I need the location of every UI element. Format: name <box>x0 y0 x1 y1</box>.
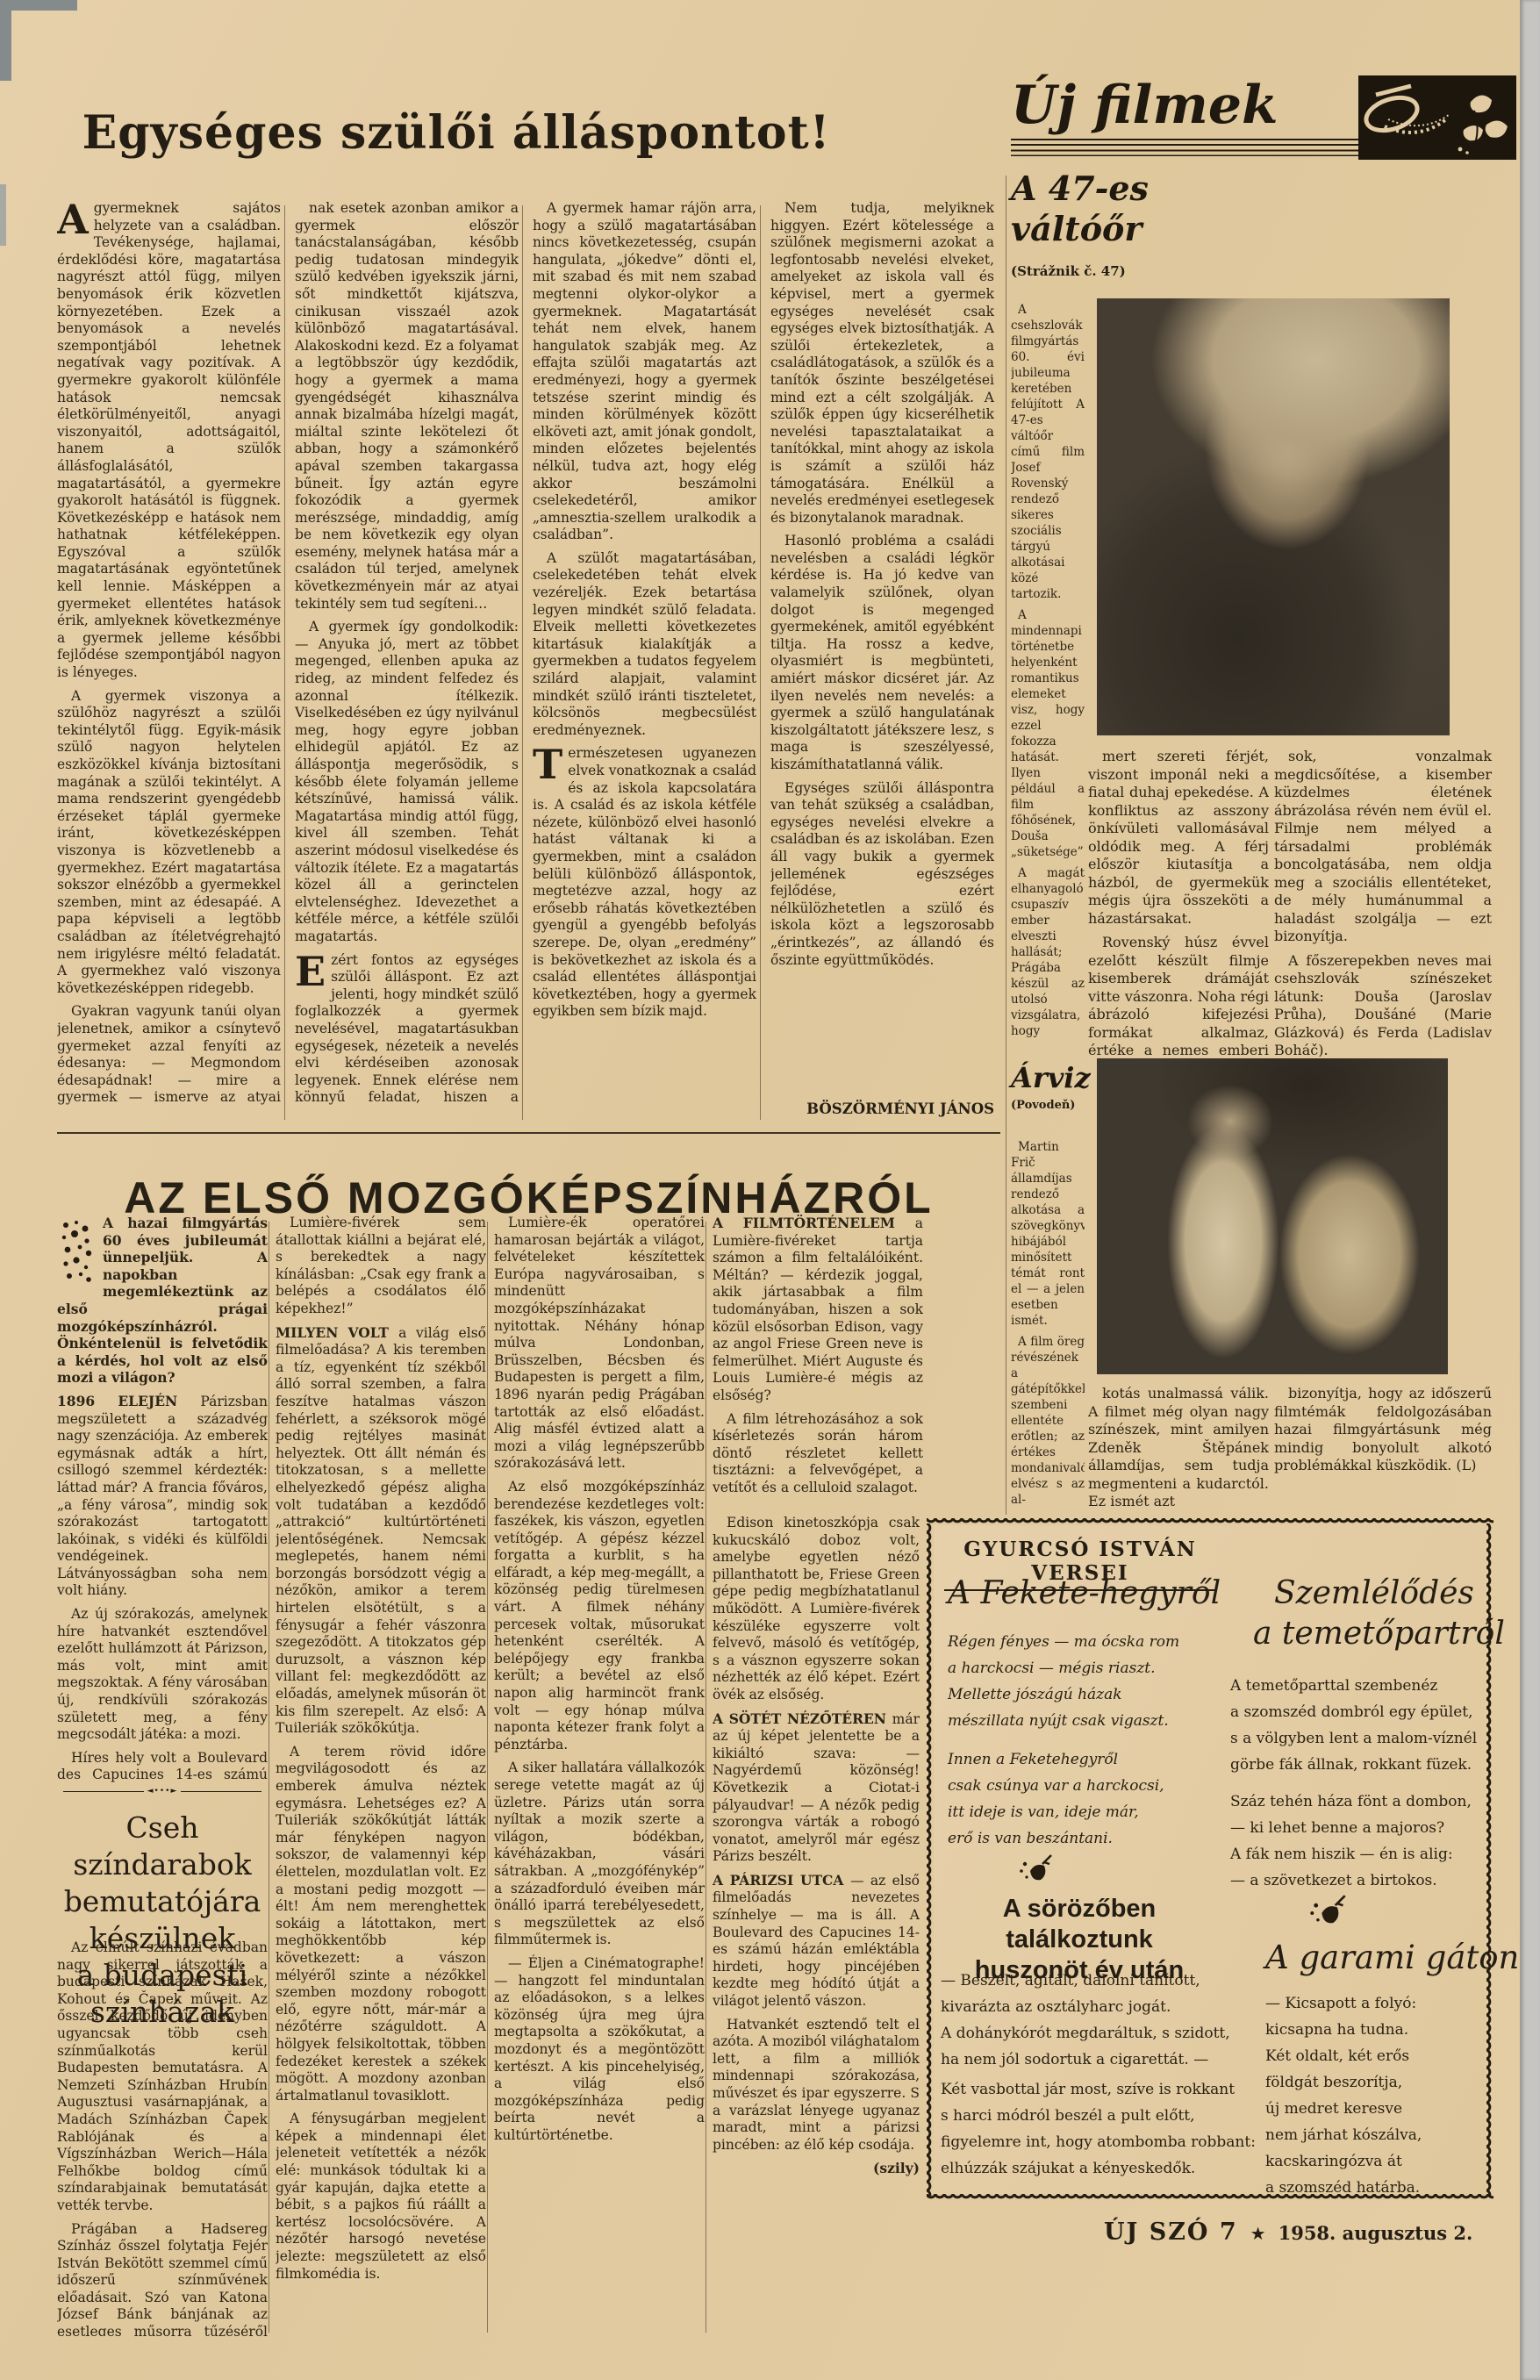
newspaper-page: Egységes szülői álláspontot! Agyermeknek… <box>0 0 1540 2380</box>
article1-column-1: Agyermeknek sajátos helyzete van a csalá… <box>57 200 281 1108</box>
paragraph: kotás unalmassá válik. A filmet még olya… <box>1088 1385 1269 1511</box>
paragraph: MILYEN VOLT a világ első filmelőadása? A… <box>276 1324 486 1738</box>
cinema-column-3: Lumière-ék operatőrei hamarosan bejárták… <box>494 1215 705 2336</box>
poem-line: Két vasbottal jár most, szíve is rokkant <box>941 2076 1256 2103</box>
paragraph-lead: A FILMTÖRTÉNELEM <box>713 1215 915 1231</box>
paragraph: Gyakran vagyunk tanúi olyan jelenetnek, … <box>57 1003 281 1108</box>
poem-line: a szomszéd dombról egy épület, <box>1230 1699 1477 1725</box>
paragraph: Martin Frič államdíjas rendező alkotása … <box>1011 1139 1085 1329</box>
czech-title-line: Cseh színdarabok <box>57 1810 268 1883</box>
scan-edge-right <box>1520 0 1540 2380</box>
footer-page-number: 7 <box>1220 2219 1238 2246</box>
poem-line: kacskaringózva át <box>1265 2148 1422 2175</box>
paragraph: Rovenský húsz évvel ezelőtt készült film… <box>1088 934 1269 1057</box>
poem-line: A temetőparttal szembenéz <box>1230 1673 1477 1699</box>
paragraph: — Éljen a Cinématographe! — hangzott fel… <box>494 1955 705 2145</box>
paragraph: A SÖTÉT NÉZŐTÉREN már az új képet jelent… <box>713 1710 920 1866</box>
footer-date: 1958. augusztus 2. <box>1279 2222 1473 2244</box>
flower-ornament-icon <box>1307 1894 1350 1932</box>
film2-still-photo <box>1097 1058 1448 1374</box>
column-rule <box>522 205 523 1120</box>
scan-artifact <box>0 0 11 81</box>
film2-below-right-column: bizonyítja, hogy az időszerű filmtémák f… <box>1274 1385 1492 1513</box>
paragraph: A főszerepekben neves mai csehszlovák sz… <box>1274 952 1492 1057</box>
paragraph: 1896 ELEJÉN Párizsban megszületett a szá… <box>57 1393 268 1600</box>
paragraph: A szülőt magatartásában, cselekedetében … <box>533 550 756 740</box>
drop-cap: E <box>295 955 326 988</box>
paragraph: Egységes szülői álláspontra van tehát sz… <box>770 780 994 970</box>
poem-line: A dohánykórót megdaráltuk, s szidott, <box>941 2020 1230 2047</box>
article1-byline: BÖSZÖRMÉNYI JÁNOS <box>770 1100 994 1117</box>
poem-line: ha nem jól sodortuk a cigarettát. — <box>941 2047 1230 2073</box>
paragraph-lead: A PÁRIZSI UTCA <box>713 1872 850 1889</box>
footer-paper-text: ÚJ SZÓ <box>1104 2219 1209 2246</box>
ornamental-divider: ◄•••► <box>63 1787 261 1796</box>
film1-title-line1: A 47-es <box>1011 172 1149 205</box>
poem-line: figyelemre int, hogy atombomba robbant: <box>941 2129 1256 2155</box>
poem-title-fekete: A Fekete-hegyről <box>948 1578 1221 1609</box>
poem-line: Régen fényes — ma ócska rom <box>948 1629 1179 1655</box>
poem-sorozo-stanza1: — Beszélt, agitált, dalolni tanított,kiv… <box>941 1968 1230 2073</box>
czech-plays-body: Az elmúlt színházi évadban nagy sikerrel… <box>57 1939 268 2336</box>
paragraph: sok, vonzalmak megdicsőítése, a kisember… <box>1274 748 1492 946</box>
paragraph: A mindennapi történetbe helyenként roman… <box>1011 607 1085 860</box>
drop-cap: A <box>57 203 89 236</box>
cinema-column-4-lower: Edison kinetoszkópja csak kukucskáló dob… <box>713 1515 920 2336</box>
paragraph: Hatvankét esztendő telt el azóta. A mozi… <box>713 2017 920 2154</box>
poem-line: új medret keresve <box>1265 2096 1422 2122</box>
paragraph: A film létrehozásához a sok kísérletezés… <box>713 1411 923 1497</box>
cinema-column-2: Lumière-fivérek sem átallottak kiállni a… <box>276 1215 486 2336</box>
footer-paper-name: ÚJ SZÓ 7 <box>1104 2219 1238 2246</box>
poem-line: a szomszéd határba. <box>1265 2175 1422 2201</box>
poem-line: csak csúnya var a harckocsi, <box>948 1773 1164 1799</box>
film2-below-left-column: kotás unalmassá válik. A filmet még olya… <box>1088 1385 1269 1513</box>
poem-line: mészillata nyújt csak vigaszt. <box>948 1708 1179 1734</box>
paragraph: Lumière-ék operatőrei hamarosan bejárták… <box>494 1215 705 1473</box>
printer-ornament-icon <box>57 1218 96 1285</box>
column-rule <box>706 1222 706 2333</box>
paragraph: Az új szórakozás, amelynek híre hatvanké… <box>57 1606 268 1744</box>
film1-title-line2: váltóőr <box>1011 212 1142 246</box>
poem-garami-lines: — Kicsapott a folyó:kicsapna ha tudna.Ké… <box>1265 1990 1422 2201</box>
column-rule <box>760 205 761 1120</box>
film2-title: Árviz <box>1011 1064 1091 1092</box>
cinema-column-4-upper: A FILMTÖRTÉNELEM a Lumière-fivéreket tar… <box>713 1215 923 1504</box>
cinema-col1-paragraphs: A hazai filmgyártás 60 éves jubileumát ü… <box>57 1215 268 1785</box>
poem-line: A fák nem hiszik — én is alig: <box>1230 1841 1472 1867</box>
poem-line: nem járhat kószálva, <box>1265 2122 1422 2148</box>
paragraph: Nem tudja, melyiknek higgyen. Ezért köte… <box>770 200 994 527</box>
section-rule <box>57 1132 1000 1134</box>
poem-line: Innen a Feketehegyről <box>948 1746 1164 1773</box>
page-title: Egységes szülői álláspontot! <box>82 111 831 156</box>
poem-title-szemlelodes-line1: Szemlélődés <box>1274 1578 1474 1609</box>
poem-line: s a völgyben lent a malom-víznél <box>1230 1725 1477 1752</box>
column-rule <box>487 1222 488 2333</box>
poem-line: görbe fák állnak, rokkant füzek. <box>1230 1752 1477 1778</box>
footer-star-icon: ★ <box>1250 2223 1266 2244</box>
cinema-column-1: A hazai filmgyártás 60 éves jubileumát ü… <box>57 1215 268 1785</box>
poem-line: — Beszélt, agitált, dalolni tanított, <box>941 1968 1230 1994</box>
page-footer: ÚJ SZÓ 7 ★ 1958. augusztus 2. <box>1104 2219 1472 2246</box>
film-reel-and-leaves-icon <box>1358 75 1516 160</box>
poem-line: — Kicsapott a folyó: <box>1265 1990 1422 2017</box>
paragraph: Az elmúlt színházi évadban nagy sikerrel… <box>57 1939 268 2215</box>
poem-line: Mellette jószágú házak <box>948 1681 1179 1708</box>
headline-article1: Egységes szülői álláspontot! <box>61 93 851 174</box>
poem-title-garami: A garami gáton <box>1265 1941 1519 1974</box>
poem-line: Két oldalt, két erős <box>1265 2043 1422 2069</box>
film1-below-left-column: mert szereti férjét, viszont imponál nek… <box>1088 748 1269 1057</box>
paragraph: Természetesen ugyanezen elvek vonatkozna… <box>533 745 756 1021</box>
paragraph: A fénysugárban megjelent képek a mindenn… <box>276 2111 486 2283</box>
poem-szemlelodes-stanza2: Száz tehén háza fönt a dombon,— ki lehet… <box>1230 1789 1472 1894</box>
poem-line: — a szövetkezet a birtokos. <box>1230 1867 1472 1894</box>
poem-szemlelodes-stanza1: A temetőparttal szembenéza szomszéd domb… <box>1230 1673 1477 1778</box>
paragraph: A csehszlovák filmgyártás 60. évi jubile… <box>1011 302 1085 602</box>
film1-still-photo <box>1097 298 1450 735</box>
paragraph: A magát elhanyagoló csupaszív ember elve… <box>1011 865 1085 1037</box>
column-rule <box>284 205 285 1120</box>
poems-box-border-top <box>927 1518 1493 1525</box>
poem-fekete-stanza1: Régen fényes — ma ócska roma harckocsi —… <box>948 1629 1179 1734</box>
poem-line: — ki lehet benne a majoros? <box>1230 1815 1472 1841</box>
poem-line: elhúzzák szájukat a kényeskedők. <box>941 2155 1256 2182</box>
paragraph: Agyermeknek sajátos helyzete van a csalá… <box>57 200 281 682</box>
poem-title-szemlelodes-line2: a temetőpartról <box>1253 1618 1505 1650</box>
poem-line: itt ideje is van, ideje már, <box>948 1799 1164 1825</box>
article1-column-4: Nem tudja, melyiknek higgyen. Ezért köte… <box>770 200 994 1093</box>
paragraph: A gyermek így gondolkodik: — Anyuka jó, … <box>295 619 519 945</box>
poem-sorozo-stanza2: Két vasbottal jár most, szíve is rokkant… <box>941 2076 1256 2182</box>
paragraph: Edison kinetoszkópja csak kukucskáló dob… <box>713 1515 920 1704</box>
paragraph: A siker hallatára vállalkozók serege vet… <box>494 1760 705 1949</box>
paragraph: A gyermek hamar rájön arra, hogy a szülő… <box>533 200 756 544</box>
films-section-title: Új filmek <box>1011 79 1279 132</box>
flower-ornament-icon <box>1018 1853 1055 1889</box>
film2-subtitle: (Povodeň) <box>1011 1099 1075 1112</box>
paragraph-lead: 1896 ELEJÉN <box>57 1393 200 1409</box>
paragraph: Prágában a Hadsereg Színház ősszel folyt… <box>57 2221 268 2337</box>
paragraph: (szily) <box>713 2160 920 2177</box>
paragraph: A PÁRIZSI UTCA — az első filmelőadás nev… <box>713 1872 920 2011</box>
column-rule <box>269 1222 269 2333</box>
article1-column-3: A gyermek hamar rájön arra, hogy a szülő… <box>533 200 756 1108</box>
film1-side-column: A csehszlovák filmgyártás 60. évi jubile… <box>1011 302 1085 1037</box>
film2-side-column: Martin Frič államdíjas rendező alkotása … <box>1011 1139 1085 1511</box>
poem-line: erő is van beszántani. <box>948 1825 1164 1852</box>
column-rule <box>1006 176 1006 1515</box>
poem-line: a harckocsi — mégis riaszt. <box>948 1655 1179 1681</box>
poem-line: kivarázta az osztályharc jogát. <box>941 1994 1230 2020</box>
paragraph: bizonyítja, hogy az időszerű filmtémák f… <box>1274 1385 1492 1475</box>
drop-cap: T <box>533 748 562 781</box>
poem-sorozo-title-line: A sörözőben találkoztunk <box>932 1894 1227 1955</box>
paragraph: A gyermek viszonya a szülőhöz nagyrészt … <box>57 688 281 998</box>
paragraph-lead: MILYEN VOLT <box>276 1324 398 1341</box>
paragraph: Az első mozgóképszínház berendezése kezd… <box>494 1479 705 1754</box>
scan-artifact <box>0 184 6 246</box>
paragraph: Ezért fontos az egységes szülői álláspon… <box>295 952 519 1108</box>
paragraph: A film öreg révészének a gátépítőkkel sz… <box>1011 1334 1085 1508</box>
cinema-article-title: AZ ELSŐ MOZGÓKÉPSZÍNHÁZRÓL <box>57 1176 1000 1220</box>
scan-artifact <box>0 0 77 11</box>
paragraph: nak esetek azonban amikor a gyermek elős… <box>295 200 519 613</box>
poem-line: s harci módról beszél a pult előtt, <box>941 2103 1256 2129</box>
paragraph: Lumière-fivérek sem átallottak kiállni a… <box>276 1215 486 1318</box>
film1-subtitle: (Strážnik č. 47) <box>1011 263 1126 279</box>
paragraph-lead: A SÖTÉT NÉZŐTÉREN <box>713 1710 892 1727</box>
paragraph: mert szereti férjét, viszont imponál nek… <box>1088 748 1269 928</box>
paragraph: Hasonló probléma a családi nevelésben a … <box>770 533 994 773</box>
article1-column-2: nak esetek azonban amikor a gyermek elős… <box>295 200 519 1108</box>
banner-underline-rules <box>1011 139 1358 156</box>
poems-box-border-left <box>927 1523 934 2196</box>
poem-line: kicsapna ha tudna. <box>1265 2017 1422 2043</box>
film1-below-right-column: sok, vonzalmak megdicsőítése, a kisember… <box>1274 748 1492 1057</box>
paragraph: A terem rövid időre megvilágosodott és a… <box>276 1744 486 2104</box>
paragraph: A FILMTÖRTÉNELEM a Lumière-fivéreket tar… <box>713 1215 923 1405</box>
paragraph: Híres hely volt a Boulevard des Capucine… <box>57 1750 268 1785</box>
poem-fekete-stanza2: Innen a Feketehegyrőlcsak csúnya var a h… <box>948 1746 1164 1852</box>
poem-line: földgát beszorítja, <box>1265 2069 1422 2096</box>
poem-line: Száz tehén háza fönt a dombon, <box>1230 1789 1472 1815</box>
